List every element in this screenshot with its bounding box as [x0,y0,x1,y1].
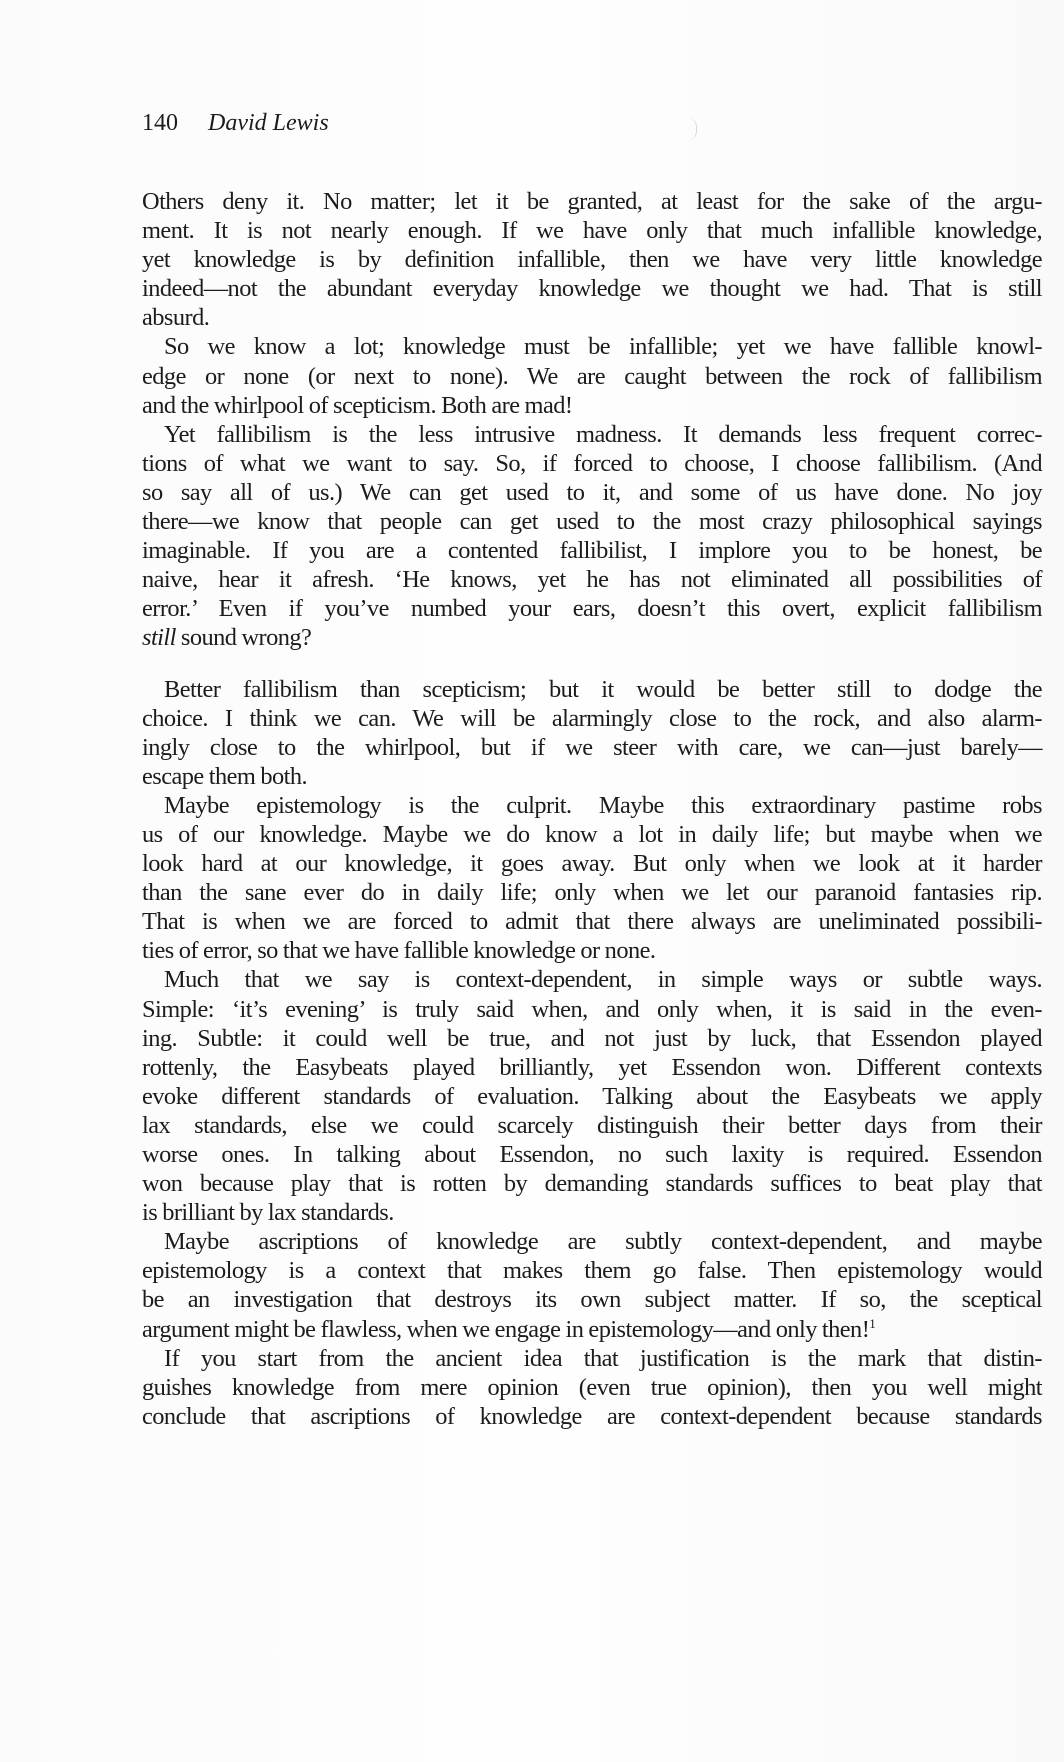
text-line: ingly close to the whirlpool, but if we … [142,733,1042,762]
text-line: evoke different standards of evaluation.… [142,1082,1042,1111]
text-line: argument might be flawless, when we enga… [142,1315,1042,1344]
footnote-marker[interactable]: 1 [869,1316,875,1331]
text-line: indeed—not the abundant everyday knowled… [142,274,1042,303]
text-line: Maybe ascriptions of knowledge are subtl… [142,1227,1042,1256]
text-line: ing. Subtle: it could well be true, and … [142,1024,1042,1053]
text-line: If you start from the ancient idea that … [142,1344,1042,1373]
text-line: be an investigation that destroys its ow… [142,1285,1042,1314]
text-line: escape them both. [142,762,1042,791]
text-line: guishes knowledge from mere opinion (eve… [142,1373,1042,1402]
text-line: conclude that ascriptions of knowledge a… [142,1402,1042,1431]
text-line: worse ones. In talking about Essendon, n… [142,1140,1042,1169]
text-line: ment. It is not nearly enough. If we hav… [142,216,1042,245]
paragraph: Much that we say is context-dependent, i… [142,965,1042,1227]
text-line: so say all of us.) We can get used to it… [142,478,1042,507]
text-line: Much that we say is context-dependent, i… [142,965,1042,994]
book-page: 140David Lewis Others deny it. No matter… [0,0,1064,1762]
paragraph: Others deny it. No matter; let it be gra… [142,187,1042,332]
paragraph: If you start from the ancient idea that … [142,1344,1042,1431]
page-number: 140 [142,108,208,138]
paragraph: Maybe ascriptions of knowledge are subtl… [142,1227,1042,1343]
text-line: edge or none (or next to none). We are c… [142,362,1042,391]
paragraph: Yet fallibilism is the less intrusive ma… [142,420,1042,653]
text-line: epistemology is a context that makes the… [142,1256,1042,1285]
text-line: tions of what we want to say. So, if for… [142,449,1042,478]
text-line: Others deny it. No matter; let it be gra… [142,187,1042,216]
text-line: us of our knowledge. Maybe we do know a … [142,820,1042,849]
paragraph: So we know a lot; knowledge must be infa… [142,332,1042,419]
text-line: naive, hear it afresh. ‘He knows, yet he… [142,565,1042,594]
paragraph: Maybe epistemology is the culprit. Maybe… [142,791,1042,966]
text-line: imaginable. If you are a contented falli… [142,536,1042,565]
emphasis: still [142,624,176,651]
text-line: Maybe epistemology is the culprit. Maybe… [142,791,1042,820]
text-line: choice. I think we can. We will be alarm… [142,704,1042,733]
section-break [142,653,1042,675]
text-line: lax standards, else we could scarcely di… [142,1111,1042,1140]
text-line: That is when we are forced to admit that… [142,907,1042,936]
scan-artifact [688,118,697,140]
running-head: 140David Lewis [142,108,329,138]
text-line: still sound wrong? [142,623,1042,652]
paragraph: Better fallibilism than scepticism; but … [142,675,1042,791]
text-line: rottenly, the Easybeats played brilliant… [142,1053,1042,1082]
text-line: ties of error, so that we have fallible … [142,936,1042,965]
running-head-author: David Lewis [208,110,329,136]
text-line: So we know a lot; knowledge must be infa… [142,332,1042,361]
text-line: than the sane ever do in daily life; onl… [142,878,1042,907]
text-line: and the whirlpool of scepticism. Both ar… [142,391,1042,420]
text-line: won because play that is rotten by deman… [142,1169,1042,1198]
text-line: Better fallibilism than scepticism; but … [142,675,1042,704]
text-line: absurd. [142,303,1042,332]
text-line: yet knowledge is by definition infallibl… [142,245,1042,274]
text-line: is brilliant by lax standards. [142,1198,1042,1227]
text-line: error.’ Even if you’ve numbed your ears,… [142,594,1042,623]
text-line: there—we know that people can get used t… [142,507,1042,536]
text-line: Simple: ‘it’s evening’ is truly said whe… [142,995,1042,1024]
text-line: Yet fallibilism is the less intrusive ma… [142,420,1042,449]
text-line: look hard at our knowledge, it goes away… [142,849,1042,878]
body-text: Others deny it. No matter; let it be gra… [142,187,1042,1431]
